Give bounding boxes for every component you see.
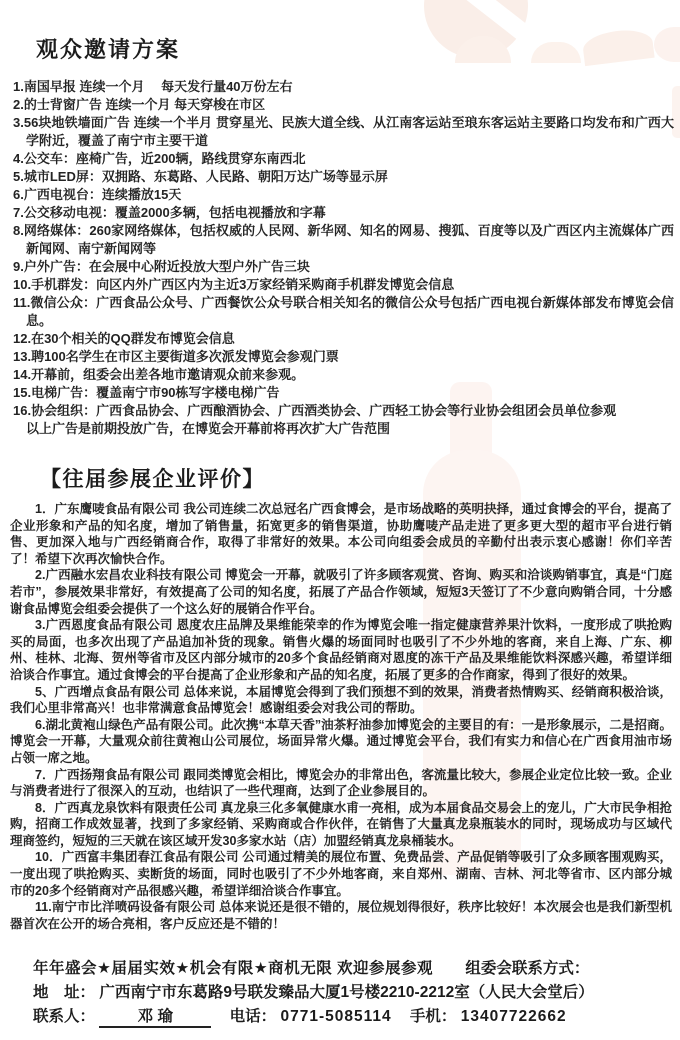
plan-item: 3.56块地铁墙面广告 连续一个半月 贯穿星光、民族大道全线、从江南客运站至琅东… <box>26 114 674 150</box>
phone-number: 0771-5085114 <box>280 1008 391 1025</box>
plan-item: 8.网络媒体：260家网络媒体，包括权威的人民网、新华网、知名的网易、搜狐、百度… <box>26 222 674 258</box>
review-paragraph: 6.湖北黄袍山绿色产品有限公司。此次携“本草天香”油茶籽油参加博览会的主要目的有… <box>10 717 672 767</box>
footer-slogan-row: 年年盛会★届届实效★机会有限★商机无限 欢迎参展参观 组委会联系方式： <box>33 958 672 979</box>
review-paragraph: 11.南宁市比洋喷码设备有限公司 总体来说还是很不错的，展位规划得很好，秩序比较… <box>10 899 672 932</box>
document-page: 观众邀请方案 1.南国早报 连续一个月 每天发行量40万份左右 2.的士背窗广告… <box>0 0 680 1040</box>
address-label: 地 址： <box>33 984 95 1001</box>
plan-item: 6.广西电视台：连续播放15天 <box>26 186 674 204</box>
reviews-section-heading: 【往届参展企业评价】 <box>40 468 680 492</box>
plan-item: 16.协会组织：广西食品协会、广西酿酒协会、广西酒类协会、广西轻工协会等行业协会… <box>26 402 674 420</box>
page-title: 观众邀请方案 <box>36 38 680 62</box>
phone-label: 电话： <box>230 1008 277 1025</box>
contact-person-name: 邓 瑜 <box>99 1009 211 1028</box>
address-value: 广西南宁市东葛路9号联发臻品大厦1号楼2210-2212室（人民大会堂后） <box>99 984 593 1001</box>
plan-item: 13.聘100名学生在市区主要街道多次派发博览会参观门票 <box>26 348 674 366</box>
plan-item: 12.在30个相关的QQ群发布博览会信息 <box>26 330 674 348</box>
plan-item: 7.公交移动电视：覆盖2000多辆，包括电视播放和字幕 <box>26 204 674 222</box>
review-paragraph: 1．广东鹰唛食品有限公司 我公司连续二次总冠名广西食博会，是市场战略的英明抉择，… <box>10 501 672 567</box>
plan-item: 10.手机群发：向区内外广西区内为主近3万家经销采购商手机群发博览会信息 <box>26 276 674 294</box>
plan-item: 14.开幕前，组委会出差各地市邀请观众前来参观。 <box>26 366 674 384</box>
review-paragraph: 10．广西富丰集团春江食品有限公司 公司通过精美的展位布置、免费品尝、产品促销等… <box>10 849 672 899</box>
plan-item: 11.微信公众：广西食品公众号、广西餐饮公众号联合相关知名的微信公众号包括广西电… <box>26 294 674 330</box>
plan-item: 9.户外广告：在会展中心附近投放大型户外广告三块 <box>26 258 674 276</box>
invitation-plan-list: 1.南国早报 连续一个月 每天发行量40万份左右 2.的士背窗广告 连续一个月 … <box>0 78 680 438</box>
review-paragraph: 2.广西融水宏昌农业科技有限公司 博览会一开幕，就吸引了许多顾客观赏、咨询、购买… <box>10 567 672 617</box>
footer-address-row: 地 址： 广西南宁市东葛路9号联发臻品大厦1号楼2210-2212室（人民大会堂… <box>33 982 672 1003</box>
review-paragraph: 5、广西增点食品有限公司 总体来说，本届博览会得到了我们预想不到的效果，消费者热… <box>10 684 672 717</box>
footer-contact-row: 联系人： 邓 瑜 电话： 0771-5085114 手机： 1340772266… <box>33 1006 672 1028</box>
slogan-text: 年年盛会★届届实效★机会有限★商机无限 欢迎参展参观 <box>33 960 433 977</box>
review-paragraph: 8．广西真龙泉饮料有限责任公司 真龙泉三化多氧健康水甫一亮相，成为本届食品交易会… <box>10 800 672 850</box>
committee-contact-label: 组委会联系方式： <box>465 960 589 977</box>
review-paragraph: 3.广西恩度食品有限公司 恩度农庄品牌及果维能荣幸的作为博览会唯一指定健康营养果… <box>10 617 672 683</box>
mobile-number: 13407722662 <box>461 1008 567 1025</box>
mobile-label: 手机： <box>410 1008 457 1025</box>
review-paragraph: 7．广西扬翔食品有限公司 跟同类博览会相比，博览会办的非常出色，客流量比较大，参… <box>10 767 672 800</box>
plan-item: 15.电梯广告：覆盖南宁市90栋写字楼电梯广告 <box>26 384 674 402</box>
plan-item: 1.南国早报 连续一个月 每天发行量40万份左右 <box>26 78 674 96</box>
reviews-section: 1．广东鹰唛食品有限公司 我公司连续二次总冠名广西食博会，是市场战略的英明抉择，… <box>0 501 680 932</box>
plan-note: 以上广告是前期投放广告，在博览会开幕前将再次扩大广告范围 <box>26 420 674 438</box>
plan-item: 2.的士背窗广告 连续一个月 每天穿梭在市区 <box>26 96 674 114</box>
contact-person-label: 联系人： <box>33 1008 95 1025</box>
contact-footer: 年年盛会★届届实效★机会有限★商机无限 欢迎参展参观 组委会联系方式： 地 址：… <box>33 958 672 1028</box>
plan-item: 4.公交车：座椅广告，近200辆，路线贯穿东南西北 <box>26 150 674 168</box>
plan-item: 5.城市LED屏：双拥路、东葛路、人民路、朝阳万达广场等显示屏 <box>26 168 674 186</box>
